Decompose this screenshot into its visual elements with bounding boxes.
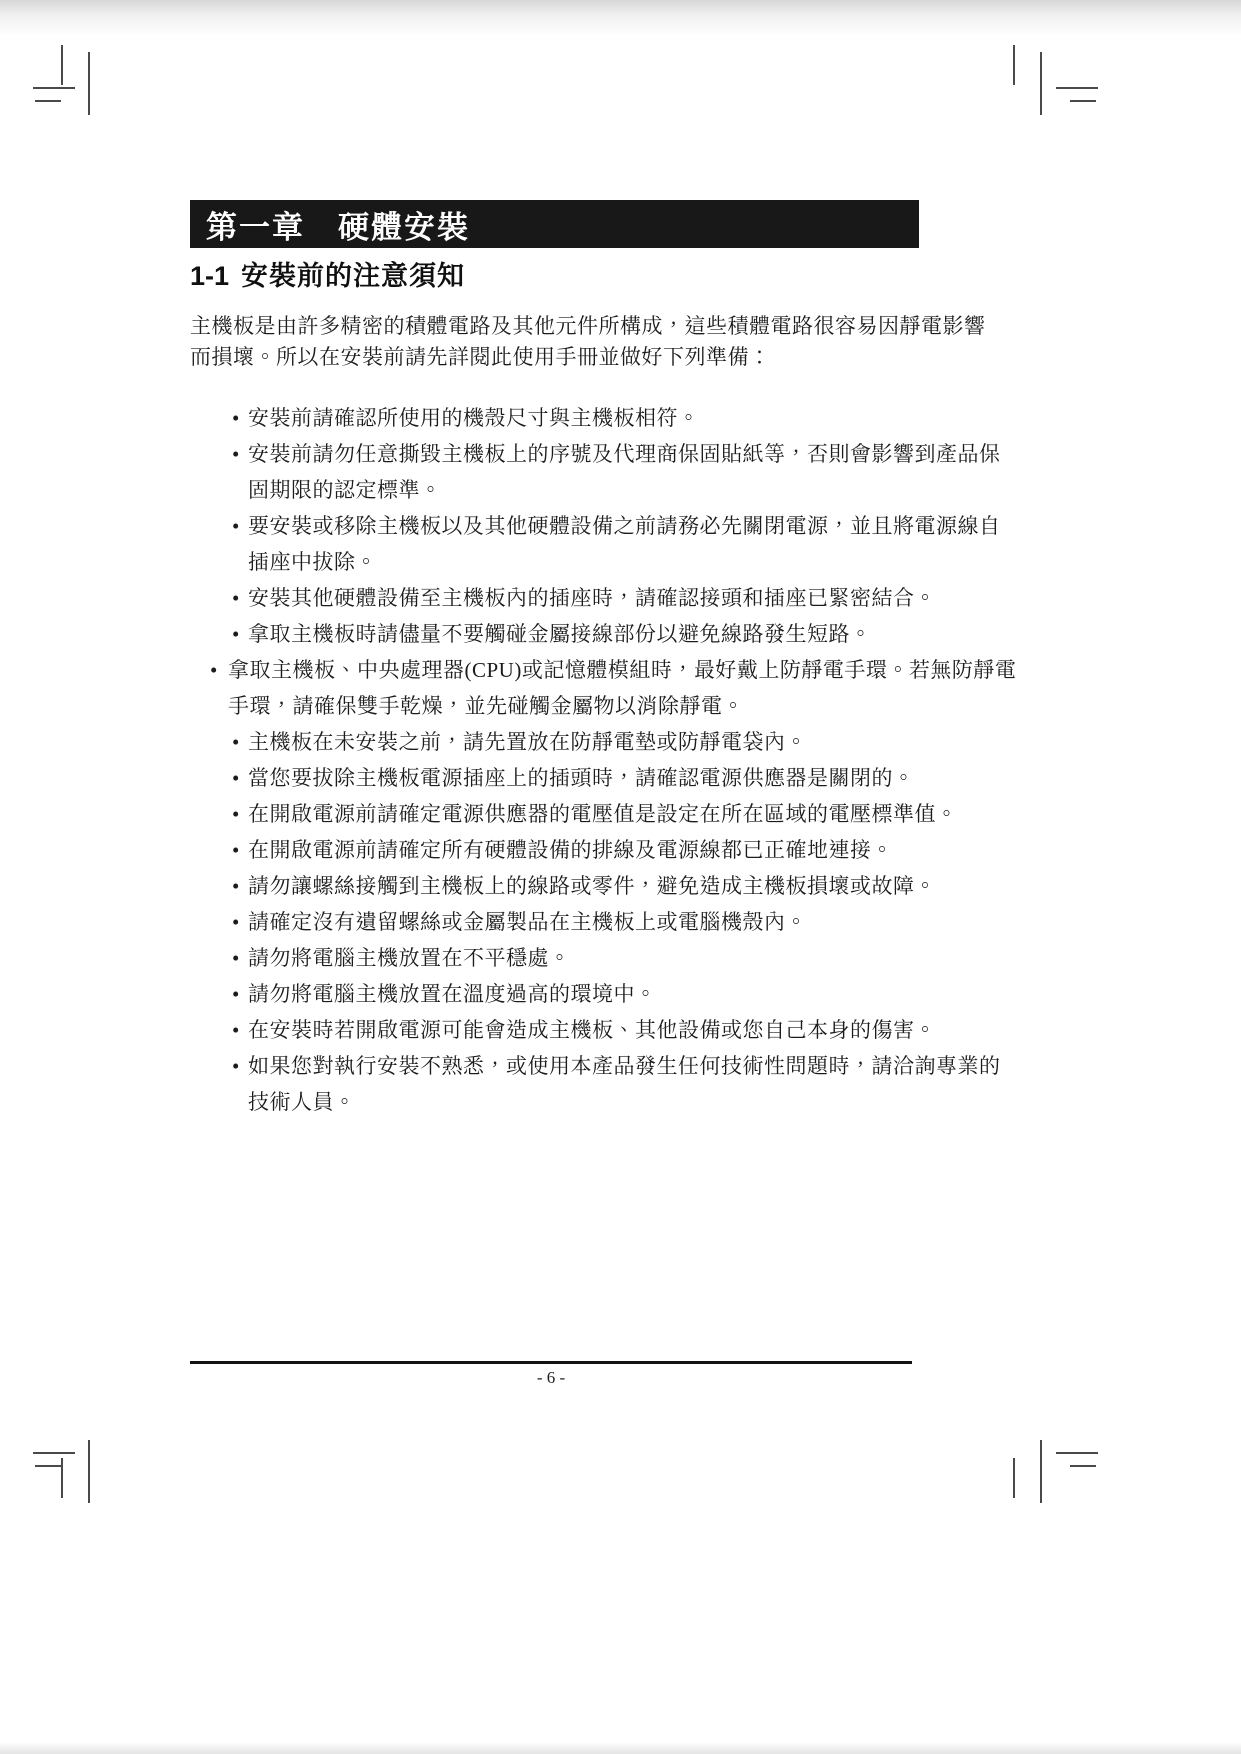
list-item: • 要安裝或移除主機板以及其他硬體設備之前請務必先關閉電源，並且將電源線自 插座… — [190, 508, 1020, 580]
bullet-icon: • — [232, 508, 240, 544]
list-item: • 主機板在未安裝之前，請先置放在防靜電墊或防靜電袋內。 — [190, 724, 1020, 760]
crop-mark — [1056, 87, 1098, 89]
list-item-text: 在安裝時若開啟電源可能會造成主機板、其他設備或您自己本身的傷害。 — [248, 1018, 936, 1042]
crop-mark — [1040, 1440, 1042, 1503]
list-item: • 安裝其他硬體設備至主機板內的插座時，請確認接頭和插座已緊密結合。 — [190, 580, 1020, 616]
list-item-text: 安裝前請確認所使用的機殼尺寸與主機板相符。 — [248, 406, 700, 430]
scan-top-shading — [0, 0, 1241, 36]
section-number: 1-1 — [190, 261, 229, 291]
list-item: • 請勿讓螺絲接觸到主機板上的線路或零件，避免造成主機板損壞或故障。 — [190, 868, 1020, 904]
bullet-icon: • — [232, 904, 240, 940]
crop-mark — [88, 52, 90, 115]
bullet-icon: • — [232, 1012, 240, 1048]
list-item-text: 請勿讓螺絲接觸到主機板上的線路或零件，避免造成主機板損壞或故障。 — [248, 874, 936, 898]
list-item-text: 在開啟電源前請確定所有硬體設備的排線及電源線都已正確地連接。 — [248, 838, 893, 862]
bullet-icon: • — [232, 400, 240, 436]
list-item: • 請確定沒有遺留螺絲或金屬製品在主機板上或電腦機殼內。 — [190, 904, 1020, 940]
crop-mark — [61, 1458, 63, 1498]
crop-mark — [1013, 45, 1015, 85]
intro-paragraph: 主機板是由許多精密的積體電路及其他元件所構成，這些積體電路很容易因靜電影響 而損… — [190, 311, 1010, 373]
bullet-icon: • — [232, 868, 240, 904]
list-item: • 請勿將電腦主機放置在不平穩處。 — [190, 940, 1020, 976]
list-item-text: 安裝前請勿任意撕毀主機板上的序號及代理商保固貼紙等，否則會影響到產品保 固期限的… — [248, 442, 1001, 502]
precautions-list: • 安裝前請確認所使用的機殼尺寸與主機板相符。 • 安裝前請勿任意撕毀主機板上的… — [190, 400, 1020, 1120]
bullet-icon: • — [210, 652, 218, 688]
list-item: • 安裝前請勿任意撕毀主機板上的序號及代理商保固貼紙等，否則會影響到產品保 固期… — [190, 436, 1020, 508]
bullet-icon: • — [232, 436, 240, 472]
list-item: • 如果您對執行安裝不熟悉，或使用本產品發生任何技術性問題時，請洽詢專業的 技術… — [190, 1048, 1020, 1120]
footer-rule — [190, 1361, 912, 1364]
crop-mark — [61, 45, 63, 85]
crop-mark — [1013, 1458, 1015, 1498]
scan-bottom-shading — [0, 1742, 1241, 1754]
list-item-text: 如果您對執行安裝不熟悉，或使用本產品發生任何技術性問題時，請洽詢專業的 技術人員… — [248, 1054, 1001, 1114]
crop-mark — [1070, 1465, 1096, 1467]
page-number: - 6 - — [190, 1368, 912, 1388]
list-item-text: 要安裝或移除主機板以及其他硬體設備之前請務必先關閉電源，並且將電源線自 插座中拔… — [248, 514, 1001, 574]
bullet-icon: • — [232, 976, 240, 1012]
crop-mark — [33, 1452, 75, 1454]
section-title: 1-1安裝前的注意須知 — [190, 254, 465, 293]
list-item-text: 安裝其他硬體設備至主機板內的插座時，請確認接頭和插座已緊密結合。 — [248, 586, 936, 610]
list-item-text: 拿取主機板、中央處理器(CPU)或記憶體模組時，最好戴上防靜電手環。若無防靜電 … — [228, 658, 1016, 718]
list-item-text: 在開啟電源前請確定電源供應器的電壓值是設定在所在區域的電壓標準值。 — [248, 802, 958, 826]
bullet-icon: • — [232, 1048, 240, 1084]
bullet-icon: • — [232, 832, 240, 868]
list-item-text: 拿取主機板時請儘量不要觸碰金屬接線部份以避免線路發生短路。 — [248, 622, 872, 646]
crop-mark — [1040, 52, 1042, 115]
list-item: • 安裝前請確認所使用的機殼尺寸與主機板相符。 — [190, 400, 1020, 436]
crop-mark — [1070, 100, 1096, 102]
list-item-text: 當您要拔除主機板電源插座上的插頭時，請確認電源供應器是關閉的。 — [248, 766, 915, 790]
crop-mark — [88, 1440, 90, 1503]
bullet-icon: • — [232, 724, 240, 760]
list-item: • 在開啟電源前請確定電源供應器的電壓值是設定在所在區域的電壓標準值。 — [190, 796, 1020, 832]
list-item: • 當您要拔除主機板電源插座上的插頭時，請確認電源供應器是關閉的。 — [190, 760, 1020, 796]
bullet-icon: • — [232, 940, 240, 976]
list-item: • 請勿將電腦主機放置在溫度過高的環境中。 — [190, 976, 1020, 1012]
bullet-icon: • — [232, 580, 240, 616]
list-item: • 拿取主機板時請儘量不要觸碰金屬接線部份以避免線路發生短路。 — [190, 616, 1020, 652]
list-item-text: 請勿將電腦主機放置在溫度過高的環境中。 — [248, 982, 657, 1006]
crop-mark — [35, 100, 61, 102]
list-item-text: 請確定沒有遺留螺絲或金屬製品在主機板上或電腦機殼內。 — [248, 910, 807, 934]
section-title-text: 安裝前的注意須知 — [241, 261, 465, 291]
bullet-icon: • — [232, 760, 240, 796]
chapter-title: 第一章 硬體安裝 — [206, 202, 470, 247]
list-item: • 在開啟電源前請確定所有硬體設備的排線及電源線都已正確地連接。 — [190, 832, 1020, 868]
list-item: • 拿取主機板、中央處理器(CPU)或記憶體模組時，最好戴上防靜電手環。若無防靜… — [190, 652, 1020, 724]
crop-mark — [35, 1465, 61, 1467]
list-item: • 在安裝時若開啟電源可能會造成主機板、其他設備或您自己本身的傷害。 — [190, 1012, 1020, 1048]
list-item-text: 主機板在未安裝之前，請先置放在防靜電墊或防靜電袋內。 — [248, 730, 807, 754]
bullet-icon: • — [232, 616, 240, 652]
list-item-text: 請勿將電腦主機放置在不平穩處。 — [248, 946, 571, 970]
manual-page: 第一章 硬體安裝 1-1安裝前的注意須知 主機板是由許多精密的積體電路及其他元件… — [0, 0, 1241, 1754]
crop-mark — [33, 87, 75, 89]
crop-mark — [1056, 1452, 1098, 1454]
bullet-icon: • — [232, 796, 240, 832]
chapter-banner: 第一章 硬體安裝 — [190, 200, 919, 248]
